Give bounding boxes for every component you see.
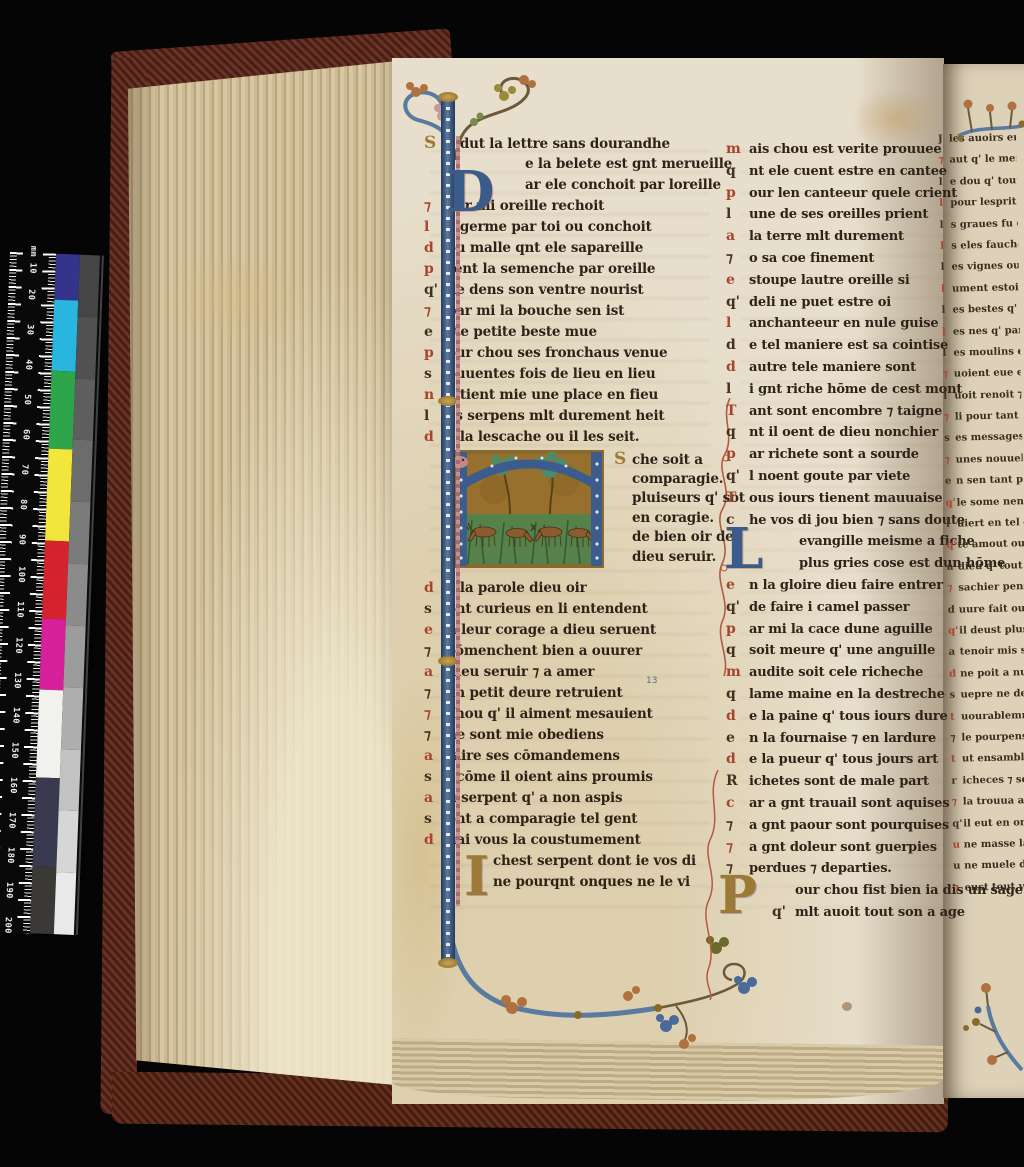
line-text: li pour tant gaaigni: [955, 404, 1024, 428]
line-initial: e: [945, 471, 956, 493]
line-initial: a: [726, 226, 749, 248]
line-text: e la parole dieu oir: [447, 578, 587, 599]
text-line: en sen tant perdu au: [945, 469, 1023, 492]
line-initial: ⁊: [950, 727, 961, 749]
ruler-number: 60: [21, 429, 31, 441]
text-line: ⁊unes nouueles disoit: [944, 448, 1022, 471]
text-line: ⁊uoient eue en tous t: [943, 363, 1021, 386]
gray-step: [54, 872, 76, 935]
line-text: soit meure q' une anguille: [749, 640, 935, 662]
line-initial: q': [772, 902, 795, 924]
line-initial: l: [939, 171, 950, 193]
text-line: lument estoit esgares: [941, 277, 1019, 300]
text-line: les nes q' par mer courent: [942, 320, 1020, 343]
text-line: q'de dens son ventre nourist: [424, 280, 724, 301]
left-page-column-1: D Se dut la lettre sans dourandhee la be…: [424, 133, 724, 893]
line-text: de bien oir de: [632, 528, 734, 548]
gray-step: [70, 440, 92, 503]
text-line: ⁊o sa coe finement: [726, 248, 954, 270]
line-text: es moulins est en pou: [953, 340, 1024, 364]
line-text: ne muele de moulin: [964, 853, 1024, 877]
line-text: our len canteeur quele crient: [749, 183, 957, 205]
text-line: ⁊par mi la bouche sen ist: [424, 301, 724, 322]
line-text: le pourpense mlt e: [961, 725, 1024, 749]
line-text: par mi la bouche sen ist: [447, 301, 624, 322]
line-text: te amout ou chiel: [957, 533, 1024, 556]
line-initial: d: [726, 357, 749, 379]
line-initial: q': [946, 535, 957, 557]
line-text: ste petite beste mue: [447, 322, 597, 343]
line-text: ar ele conchoit par loreille: [525, 175, 721, 196]
line-text: s eles faucheouurs tout: [951, 233, 1024, 257]
text-line: pour chou ses fronchaus venue: [424, 343, 724, 364]
page-stack-fore-edge: [128, 60, 406, 1086]
text-line: les bestes q' li mouvent: [941, 298, 1019, 321]
text-line: q'l noent goute par viete: [726, 466, 954, 488]
line-initial: l: [726, 313, 749, 335]
line-initial: q': [726, 597, 749, 619]
color-patch: [51, 300, 78, 372]
text-line: ses messages reuenoit: [944, 427, 1022, 450]
line-text: ont curieus en li entendent: [447, 599, 648, 620]
gray-step: [78, 255, 100, 318]
column1-bottom-block: I de la parole dieu oirsont curieus en l…: [424, 578, 724, 893]
line-text: n la fournaise ⁊ en lardure: [749, 728, 936, 750]
bar-border: [441, 96, 455, 966]
gray-step: [66, 564, 88, 627]
line-initial: u: [953, 834, 964, 856]
text-line: lpour lesprit a pourpenser: [939, 191, 1017, 214]
line-text: ar richete sont a sourde: [749, 444, 919, 466]
line-initial: l: [939, 193, 950, 215]
line-text: dieu seruir.: [632, 548, 716, 568]
text-line: q'il eut en or tourn: [952, 812, 1024, 835]
ruler-number: 100: [15, 566, 26, 583]
line-text: o sa coe finement: [749, 248, 874, 270]
line-text: n sen tant perdu au: [956, 469, 1024, 493]
line-initial: l: [942, 343, 953, 365]
text-line: qsoit meure q' une anguille: [726, 640, 954, 662]
ruler-number: 130: [11, 672, 22, 689]
line-text: i cōme il oient ains proumis: [447, 767, 653, 788]
text-line: este petite beste mue: [424, 322, 724, 343]
gray-step: [73, 378, 95, 441]
line-text: e dut la lettre sans dourandhe: [447, 134, 670, 155]
line-initial: d: [726, 706, 749, 728]
color-patch: [42, 540, 69, 619]
deer-miniature: [454, 450, 604, 568]
line-initial: l: [940, 214, 951, 236]
line-text: uepre ne departie: [960, 683, 1024, 706]
line-text: mlt auoit tout son a age: [795, 902, 965, 924]
text-line: ⁊la trouua a cata or: [952, 790, 1024, 813]
color-patch: [39, 618, 66, 690]
color-patch: [36, 689, 63, 778]
miniature-row: Sche soit acomparagie.pluiseurs q' soten…: [454, 450, 724, 576]
illuminated-initial-i: I: [464, 850, 489, 902]
line-text: comparagie.: [632, 470, 723, 490]
line-text: en petit deure retruient: [447, 683, 623, 704]
illuminated-initial-l: L: [724, 522, 763, 576]
text-line: ⁊ne sont mie obediens: [424, 725, 724, 746]
line-text: he vos di jou bien ⁊ sans doute: [749, 510, 965, 532]
text-line: luiert en tel essoit: [946, 512, 1024, 535]
line-initial: q: [726, 161, 749, 183]
line-text: ais chou est verite prouuee: [749, 139, 941, 161]
line-text: e la pueur q' tous jours art: [749, 749, 938, 771]
ruler-number: 80: [18, 499, 28, 511]
line-initial: a: [947, 556, 958, 578]
text-line: pour len canteeur quele crient: [726, 183, 954, 205]
ruler-number: 70: [19, 464, 29, 476]
line-text: l noent goute par viete: [749, 466, 910, 488]
text-line: ⁊eust tout vendu e: [953, 876, 1024, 899]
line-text: i gnt riche hōme de cest mont: [749, 379, 962, 401]
text-line: le dou q' tout a a fauu: [939, 170, 1017, 193]
text-line: ⁊a gnt paour sont pourquises: [726, 815, 954, 837]
line-text: ouuentes fois de lieu en lieu: [447, 364, 655, 385]
text-line: q'te amout ou chiel: [946, 534, 1024, 557]
line-text: ument estoit esgares: [952, 276, 1024, 300]
line-initial: u: [953, 856, 964, 878]
text-line: car a gnt trauail sont aquises: [726, 793, 954, 815]
line-initial: l: [940, 236, 951, 258]
text-line: qnt il oent de dieu nonchier: [726, 422, 954, 444]
line-text: il eut en or tourn: [963, 811, 1024, 834]
text-line: sont a comparagie tel gent: [424, 809, 724, 830]
line-initial: d: [726, 335, 749, 357]
line-initial: a: [948, 642, 959, 664]
text-line: our chou fist bien ia dis un sage: [726, 880, 954, 902]
calibration-ruler: mm 1020304050607080901001101201301401501…: [0, 252, 104, 935]
line-text: chest serpent dont ie vos di: [493, 851, 696, 872]
line-text: es serpens mlt durement heit: [447, 406, 664, 427]
line-text: ar a gnt trauail sont aquises: [749, 793, 949, 815]
text-line: adieu seruir ⁊ a amer: [424, 662, 724, 683]
line-text: es messages reuenoit: [955, 426, 1024, 450]
line-initial: l: [726, 379, 749, 401]
gold-knob: [438, 92, 458, 102]
line-initial: p: [726, 444, 749, 466]
line-initial: d: [726, 749, 749, 771]
line-initial: T: [726, 401, 749, 423]
line-text: ont a comparagie tel gent: [447, 809, 637, 830]
illuminated-initial-d: D: [446, 165, 494, 219]
line-text: stoupe lautre oreille si: [749, 270, 910, 292]
text-line: ala terre mlt durement: [726, 226, 954, 248]
gray-step: [63, 625, 85, 688]
line-text: es nes q' par mer courent: [953, 318, 1024, 342]
text-line: par mi la cace dune aguille: [726, 619, 954, 641]
text-line: ⁊en petit deure retruient: [424, 683, 724, 704]
text-line: ⁊li pour tant gaaigni: [944, 405, 1022, 428]
line-text: anchanteeur en nule guise: [749, 313, 938, 335]
line-text: eust tout vendu e: [964, 875, 1024, 898]
text-line: duure fait oublier: [948, 598, 1024, 621]
left-page-column-2: L P mais chou est verite prouueeqnt ele …: [726, 139, 954, 924]
color-patch: [45, 448, 73, 541]
line-text: our chou ses fronchaus venue: [447, 343, 667, 364]
text-line: les vignes ou eles pres: [940, 256, 1018, 279]
line-initial: d: [949, 663, 960, 685]
gold-knob: [438, 958, 458, 968]
line-text: u serpent q' a non aspis: [447, 788, 622, 809]
text-line: richeces ⁊ ses tresor: [951, 769, 1024, 792]
line-initial: l: [946, 514, 957, 536]
line-initial: l: [942, 321, 953, 343]
text-line: ⁊chou q' il aiment mesauient: [424, 704, 724, 725]
right-page-top-vine: [952, 86, 1024, 158]
right-page-bottom-vine: [952, 980, 1024, 1075]
line-text: en coragie.: [632, 509, 714, 529]
line-initial: q: [726, 422, 749, 444]
line-initial: s: [944, 428, 955, 450]
gray-step: [59, 749, 81, 812]
gray-step: [56, 811, 78, 874]
line-text: ne masse la samble: [964, 832, 1024, 856]
ruler-number: 140: [10, 707, 21, 724]
text-line: en la fournaise ⁊ en lardure: [726, 728, 954, 750]
line-text: unes nouueles disoit: [955, 447, 1024, 471]
line-text: n leur corage a dieu seruent: [447, 620, 656, 641]
line-text: ut ensamble guerpi: [962, 747, 1024, 771]
line-text: es vignes ou eles pres: [951, 254, 1024, 278]
ruler-number: 40: [23, 359, 33, 371]
text-line: dne poit a nul fu: [949, 662, 1024, 685]
text-line: par richete sont a sourde: [726, 444, 954, 466]
line-text: a gnt paour sont pourquises: [749, 815, 949, 837]
text-line: tuourablemnt issie: [950, 705, 1024, 728]
line-text: uure fait oublier: [959, 597, 1024, 620]
text-line: une muele de moulin: [953, 854, 1024, 877]
line-initial: ⁊: [952, 792, 963, 814]
text-line: de la pueur q' tous jours art: [726, 749, 954, 771]
ruler-number: 20: [26, 289, 36, 301]
ruler-number: 110: [14, 601, 25, 618]
line-text: e la paine q' tous iours dure: [749, 706, 948, 728]
line-initial: ⁊: [726, 248, 749, 270]
text-line: de la parole dieu oir: [424, 578, 724, 599]
line-initial: l: [943, 385, 954, 407]
text-line: adieu q' tout le mont: [947, 555, 1024, 578]
line-initial: q: [726, 684, 749, 706]
line-initial: q: [726, 640, 749, 662]
line-text: perdues ⁊ departies.: [749, 858, 892, 880]
line-initial: l: [941, 278, 952, 300]
line-text: e la lescache ou il les seit.: [447, 427, 639, 448]
line-initial: ⁊: [947, 578, 958, 600]
line-text: e tel maniere est sa cointise: [749, 335, 948, 357]
text-line: q'il deust plus am: [948, 619, 1024, 642]
line-text: la trouua a cata or: [963, 789, 1024, 813]
text-line: au serpent q' a non aspis: [424, 788, 724, 809]
gray-step: [61, 687, 83, 750]
line-text: che soit a: [632, 451, 703, 471]
text-line: souuentes fois de lieu en lieu: [424, 364, 724, 385]
line-text: de faire i camel passer: [749, 597, 909, 619]
line-text: deli ne puet estre oi: [749, 292, 891, 314]
line-text: es bestes q' li mouvent: [952, 297, 1024, 321]
ruler-number: 120: [13, 636, 24, 653]
line-text: dieu q' tout le mont: [958, 554, 1024, 578]
text-line: q'le some nen seuoit: [945, 491, 1023, 514]
line-initial: e: [726, 728, 749, 750]
line-initial: l: [941, 300, 952, 322]
line-initial: p: [726, 619, 749, 641]
text-line: les serpens mlt durement heit: [424, 406, 724, 427]
line-text: uoit renoit ⁊ mellag: [954, 383, 1024, 407]
line-initial: J: [938, 129, 949, 151]
line-initial: t: [950, 706, 961, 728]
color-patch: [48, 371, 75, 450]
line-initial: d: [948, 599, 959, 621]
gray-step: [75, 316, 97, 379]
ruler-number: 170: [6, 812, 17, 829]
line-text: ne poit a nul fu: [960, 662, 1024, 685]
line-text: le some nen seuoit: [956, 490, 1024, 514]
text-line: ⁊a gnt doleur sont guerpies: [726, 837, 954, 859]
line-initial: q': [726, 292, 749, 314]
text-line: maudite soit cele richeche: [726, 662, 954, 684]
line-initial: ⁊: [938, 150, 949, 172]
line-text: ant sont encombre ⁊ taigne: [749, 401, 942, 423]
line-text: autre tele maniere sont: [749, 357, 916, 379]
line-text: s graues fu q' il fauoit: [951, 212, 1024, 236]
line-initial: l: [726, 204, 749, 226]
line-text: tenoir mis son c: [959, 640, 1024, 663]
text-line: ⁊cōmenchent bien a ouurer: [424, 641, 724, 662]
line-text: a gnt doleur sont guerpies: [749, 837, 937, 859]
line-initial: e: [726, 270, 749, 292]
line-initial: l: [940, 257, 951, 279]
text-line: ls graues fu q' il fauoit: [940, 213, 1018, 236]
text-line: suepre ne departie: [949, 683, 1024, 706]
text-line: ne tient mie une place en fieu: [424, 385, 724, 406]
text-line: Tant sont encombre ⁊ taigne: [726, 401, 954, 423]
line-text: uourablemnt issie: [961, 704, 1024, 728]
text-line: Tous iours tienent mauuaise: [726, 488, 954, 510]
color-patch: [30, 866, 57, 934]
text-line: si cōme il oient ains proumis: [424, 767, 724, 788]
color-patch: [32, 778, 59, 867]
text-line: ls eles faucheouurs tout: [940, 234, 1018, 257]
line-text: nt il oent de dieu nonchier: [749, 422, 938, 444]
text-line: afaire ses cōmandemens: [424, 746, 724, 767]
line-initial: ⁊: [953, 877, 964, 899]
ruler-number: 30: [25, 324, 35, 336]
text-line: li gnt riche hōme de cest mont: [726, 379, 954, 401]
line-initial: ⁊: [943, 364, 954, 386]
text-line: q'deli ne puet estre oi: [726, 292, 954, 314]
text-line: de tel maniere est sa cointise: [726, 335, 954, 357]
line-text: ne sont mie obediens: [447, 725, 604, 746]
line-initial: s: [949, 685, 960, 707]
line-initial: q': [948, 621, 959, 643]
line-text: dieu seruir ⁊ a amer: [447, 662, 594, 683]
text-line: prent la semenche par oreille: [424, 259, 724, 280]
text-line: ⁊le pourpense mlt e: [950, 726, 1024, 749]
text-line: mais chou est verite prouuee: [726, 139, 954, 161]
text-line: une masse la samble: [953, 833, 1024, 856]
right-page-lines: Jles auoirs en vendu⁊aut q' le memoire o…: [938, 127, 1024, 899]
text-line: luoit renoit ⁊ mellag: [943, 384, 1021, 407]
line-text: n la gloire dieu faire entrer: [749, 575, 943, 597]
line-text: lame maine en la destreche: [749, 684, 945, 706]
line-text: ichetes sont de male part: [749, 771, 929, 793]
ruler-number: 50: [22, 394, 32, 406]
line-initial: q': [952, 813, 963, 835]
text-line: dautre tele maniere sont: [726, 357, 954, 379]
line-text: uoient eue en tous t: [954, 362, 1024, 386]
text-line: en leur corage a dieu seruent: [424, 620, 724, 641]
line-text: sachier pensa: [958, 576, 1024, 599]
line-initial: ⁊: [726, 837, 749, 859]
manuscript-photo: mm 1020304050607080901001101201301401501…: [0, 0, 1024, 1167]
marginal-note: 13: [646, 676, 657, 686]
text-line: tut ensamble guerpi: [951, 747, 1024, 770]
line-text: pour lesprit a pourpenser: [950, 190, 1024, 214]
line-text: il deust plus am: [959, 619, 1024, 642]
text-line: les moulins est en pou: [942, 341, 1020, 364]
text-line: de la lescache ou il les seit.: [424, 427, 724, 448]
line-initial: S: [614, 450, 632, 470]
line-initial: c: [726, 793, 749, 815]
line-text: de dens son ventre nourist: [447, 280, 643, 301]
line-initial: t: [951, 749, 962, 771]
line-text: ne pourqnt onques ne le vi: [493, 872, 690, 893]
text-line: sont curieus en li entendent: [424, 599, 724, 620]
line-initial: T: [726, 488, 749, 510]
gold-knob: [438, 656, 458, 666]
text-line: lune de ses oreilles prient: [726, 204, 954, 226]
line-initial: R: [726, 771, 749, 793]
ruler-number: 160: [7, 777, 18, 794]
line-initial: ⁊: [944, 449, 955, 471]
text-line: ⁊sachier pensa: [947, 576, 1024, 599]
text-line: de la paine q' tous iours dure: [726, 706, 954, 728]
ruler-number: 200: [2, 917, 13, 934]
line-initial: ⁊: [726, 815, 749, 837]
line-text: cōmenchent bien a ouurer: [447, 641, 642, 662]
text-line: dou malle qnt ele sapareille: [424, 238, 724, 259]
line-initial: q': [726, 466, 749, 488]
line-text: e dou q' tout a a fauu: [950, 169, 1024, 193]
line-text: ous iours tienent mauuaise: [749, 488, 942, 510]
line-text: ar mi la cace dune aguille: [749, 619, 933, 641]
text-line: Richetes sont de male part: [726, 771, 954, 793]
illuminated-initial-p: P: [718, 871, 757, 921]
line-text: e la belete est gnt merueille: [525, 154, 732, 175]
line-text: nt ele cuent estre en cantee: [749, 161, 947, 183]
ruler-number: 190: [3, 882, 14, 899]
line-text: rent la semenche par oreille: [447, 259, 655, 280]
line-text: e tient mie une place en fieu: [447, 385, 658, 406]
line-text: chou q' il aiment mesauient: [447, 704, 653, 725]
text-line: estoupe lautre oreille si: [726, 270, 954, 292]
ruler-number: 90: [17, 534, 27, 546]
gold-knob: [438, 396, 458, 406]
text-line: lanchanteeur en nule guise: [726, 313, 954, 335]
ruler-number: mm 10: [27, 246, 38, 274]
color-patch: [54, 254, 80, 301]
line-text: faire ses cōmandemens: [447, 746, 620, 767]
line-initial: ⁊: [944, 407, 955, 429]
line-text: uiert en tel essoit: [957, 512, 1024, 535]
ruler-number: 150: [9, 742, 20, 759]
gray-step: [68, 502, 90, 565]
text-line: qnt ele cuent estre en cantee: [726, 161, 954, 183]
line-initial: q': [945, 492, 956, 514]
